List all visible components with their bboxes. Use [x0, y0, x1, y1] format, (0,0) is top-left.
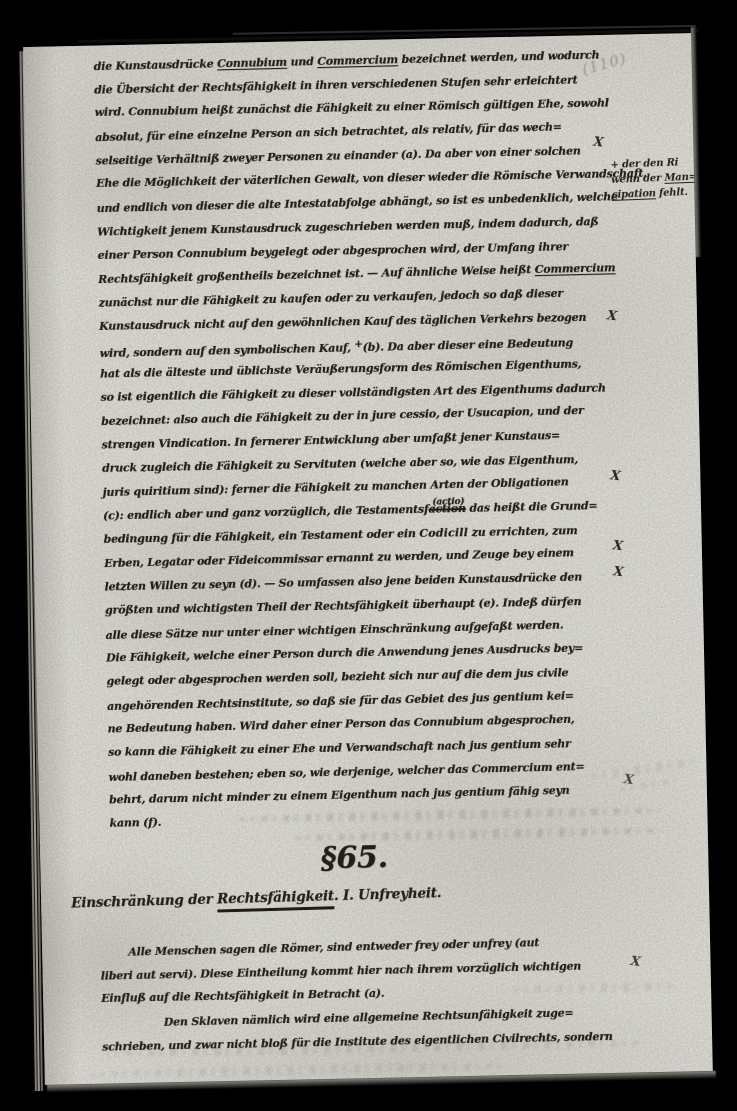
text-part: das heißt die Grund=	[466, 499, 598, 515]
main-paragraph: die Kunstausdrücke Connubium und Commerc…	[93, 44, 639, 837]
underlined-heading-word: Rechtsfähigkeit	[217, 888, 334, 912]
underlined-word-man: Man=	[664, 172, 697, 184]
manuscript-page: (110) die Kunstausdrücke Connubium und C…	[23, 33, 713, 1085]
text-part: . I. Unfreyheit.	[334, 885, 442, 904]
margin-x-mark: X	[609, 468, 621, 484]
margin-x-mark: X	[592, 135, 604, 151]
inline-plus-reference-mark: +	[354, 339, 362, 350]
text-part: und	[287, 55, 318, 69]
text-part: (c): endlich aber und ganz vorzüglich, d…	[103, 503, 429, 523]
underlined-word-connubium: Connubium	[217, 56, 287, 71]
underlined-word-cipation: cipation	[612, 188, 657, 201]
text-part: fehlt.	[656, 187, 688, 199]
margin-x-mark: X	[612, 538, 624, 554]
underlined-word-commercium-2: Commercium	[534, 261, 615, 276]
underlined-word-commercium: Commercium	[317, 53, 398, 68]
text-part: bezeichnet werden, und wodurch	[398, 49, 600, 67]
text-part: die Kunstausdrücke	[93, 57, 217, 73]
margin-x-mark: X	[606, 308, 618, 324]
text-part: wenn der	[611, 173, 665, 186]
margin-x-mark: X	[612, 564, 624, 580]
insertion-above-line: (actio)	[432, 491, 465, 515]
text-part: (b). Da aber dieser eine Bedeutung	[362, 336, 573, 354]
manuscript-sheet: (110) die Kunstausdrücke Connubium und C…	[23, 33, 713, 1085]
corrected-word: action(actio)	[428, 502, 465, 516]
text-part: zu errichten, zum	[468, 524, 578, 539]
scanned-page-background: (110) die Kunstausdrücke Connubium und C…	[0, 0, 737, 1111]
latin-word-codicill: Codicill	[419, 526, 468, 540]
text-part: bedingung für die Fähigkeit, ein Testame…	[103, 527, 419, 546]
second-paragraph: Alle Menschen sagen die Römer, sind entw…	[100, 929, 662, 1059]
